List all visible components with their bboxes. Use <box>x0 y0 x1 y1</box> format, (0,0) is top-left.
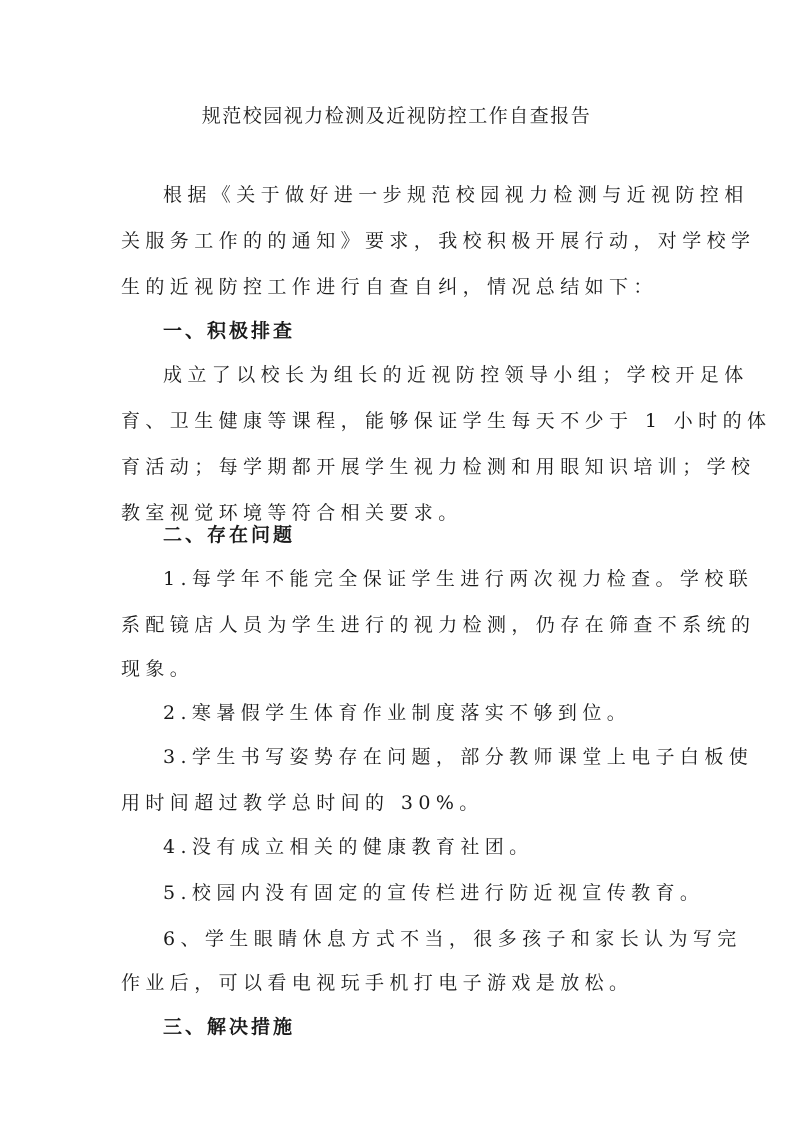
paragraph-line: 作业后，可以看电视玩手机打电子游戏是放松。 <box>121 970 633 996</box>
intro-line: 关服务工作的的通知》要求，我校积极开展行动，对学校学 <box>121 228 755 254</box>
paragraph-line: 2.寒暑假学生体育作业制度落实不够到位。 <box>163 700 631 726</box>
section-heading: 一、积极排查 <box>163 318 295 344</box>
document-title: 规范校园视力检测及近视防控工作自查报告 <box>0 103 793 129</box>
paragraph-line: 1.每学年不能完全保证学生进行两次视力检查。学校联 <box>163 566 753 592</box>
paragraph-line: 用时间超过教学总时间的 30%。 <box>121 790 484 816</box>
intro-line: 生的近视防控工作进行自查自纠，情况总结如下： <box>121 274 658 300</box>
paragraph-line: 6、学生眼睛休息方式不当，很多孩子和家长认为写完 <box>163 926 742 952</box>
paragraph-line: 成立了以校长为组长的近视防控领导小组；学校开足体 <box>163 362 749 388</box>
section-heading: 三、解决措施 <box>163 1014 295 1040</box>
paragraph-line: 育、卫生健康等课程，能够保证学生每天不少于 1 小时的体 <box>121 408 771 434</box>
paragraph-line: 现象。 <box>121 656 194 682</box>
paragraph-line: 3.学生书写姿势存在问题，部分教师课堂上电子白板使 <box>163 744 753 770</box>
document-page: 规范校园视力检测及近视防控工作自查报告 根据《关于做好进一步规范校园视力检测与近… <box>0 0 793 1122</box>
paragraph-line: 系配镜店人员为学生进行的视力检测，仍存在筛查不系统的 <box>121 612 755 638</box>
paragraph-line: 4.没有成立相关的健康教育社团。 <box>163 834 534 860</box>
intro-line: 根据《关于做好进一步规范校园视力检测与近视防控相 <box>163 182 749 208</box>
paragraph-line: 育活动；每学期都开展学生视力检测和用眼知识培训；学校 <box>121 454 755 480</box>
paragraph-line: 5.校园内没有固定的宣传栏进行防近视宣传教育。 <box>163 880 704 906</box>
section-heading: 二、存在问题 <box>163 522 295 548</box>
